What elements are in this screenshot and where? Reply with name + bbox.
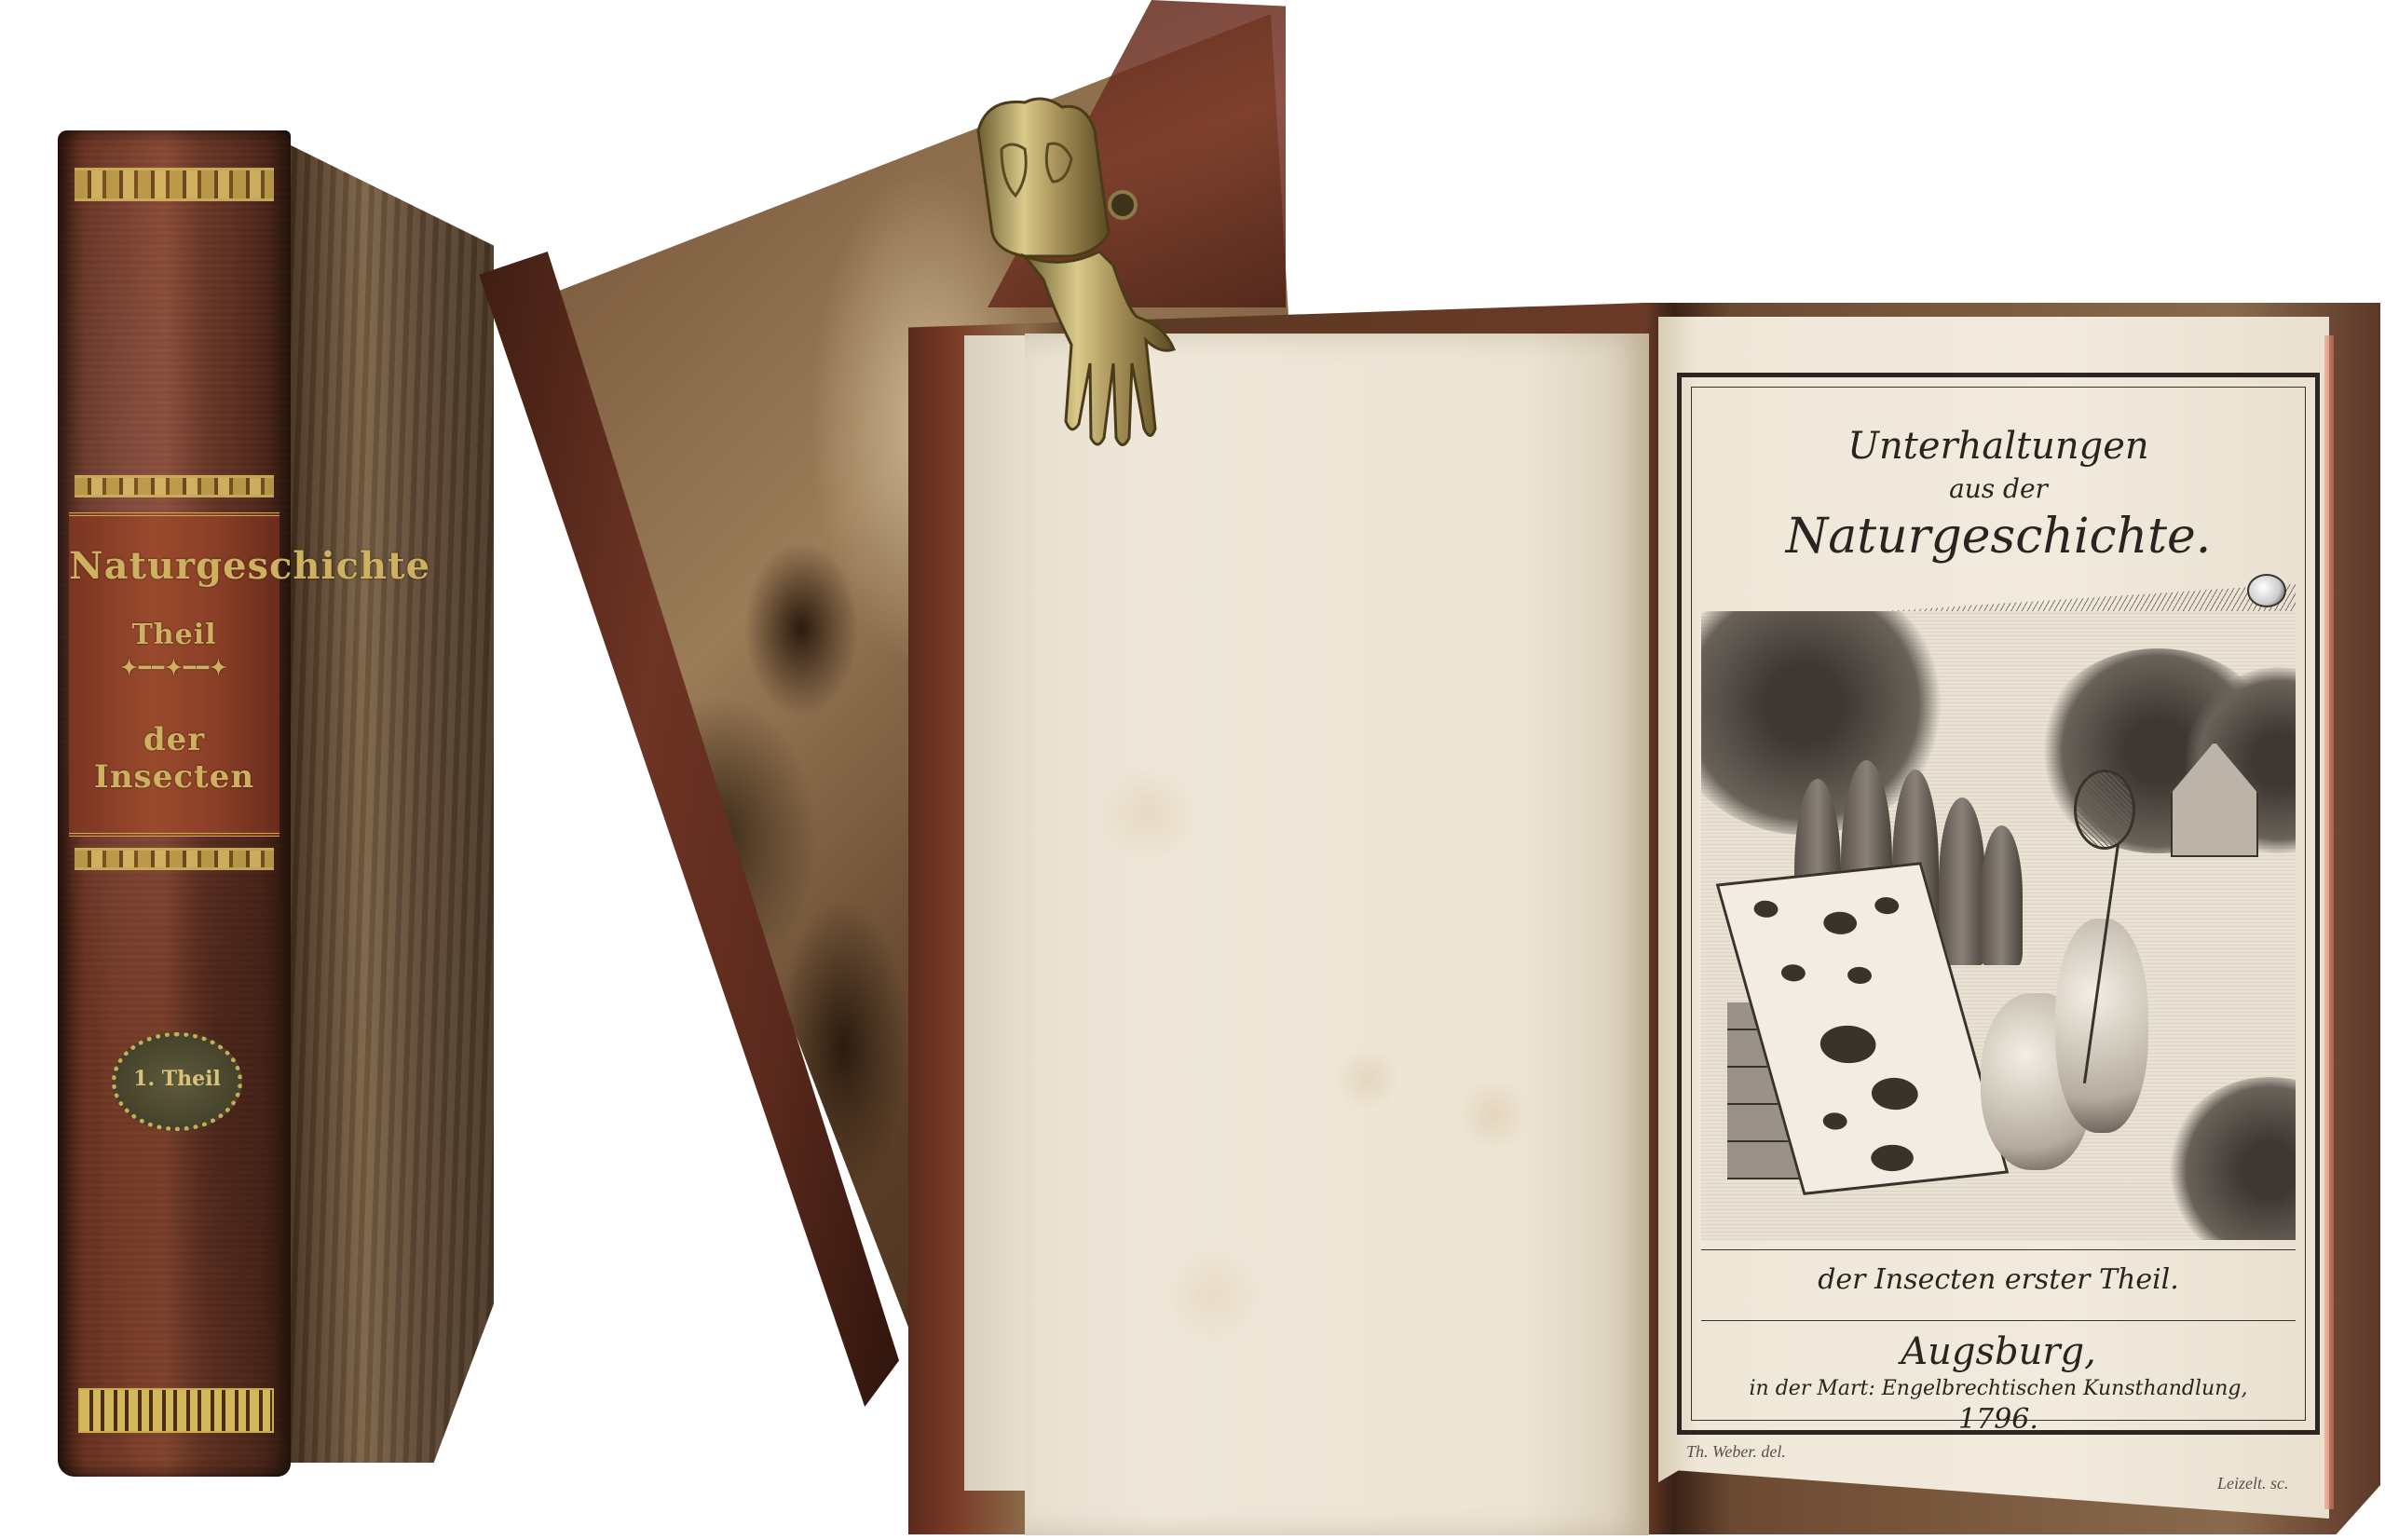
shrub — [2167, 1077, 2296, 1240]
subtitle-box: der Insecten erster Theil. — [1701, 1249, 2296, 1321]
engraving-illustration — [1701, 611, 2296, 1240]
insect — [1868, 1076, 1922, 1112]
butterfly-net — [2074, 770, 2135, 850]
hand-clip-icon — [922, 93, 1220, 466]
imprint-place: Augsburg, — [1692, 1330, 2305, 1373]
spine-title: Naturgeschichte — [69, 544, 279, 588]
credit-engraver: Leizelt. sc. — [2217, 1474, 2289, 1493]
poplar-tree — [1981, 825, 2023, 965]
scroll-end-ornament — [2247, 574, 2286, 607]
title-line-2: aus der — [1692, 473, 2305, 504]
brass-hand-page-clip — [922, 93, 1220, 466]
spine-ornament: ✦━━✦━━✦ — [69, 656, 279, 680]
spine-subject: der Insecten — [69, 721, 279, 796]
subtitle: der Insecten erster Theil. — [1701, 1263, 2296, 1296]
insect — [1868, 1143, 1917, 1174]
imprint-publisher: in der Mart: Engelbrechtischen Kunsthand… — [1692, 1377, 2305, 1400]
insect — [1820, 910, 1860, 936]
inner-frame-rule: Unterhaltungen aus der Naturgeschichte. — [1691, 387, 2306, 1421]
red-page-edge — [2324, 335, 2334, 1509]
insect — [1873, 896, 1901, 916]
gilt-band-foot — [78, 1388, 274, 1433]
insect — [1820, 1111, 1848, 1131]
gilt-band — [75, 848, 274, 870]
blank-flyleaf-page — [1025, 334, 1649, 1535]
imprint-year: 1796. — [1692, 1403, 2305, 1436]
spine-subtitle: Theil — [69, 619, 279, 651]
gilt-band-top — [75, 168, 274, 201]
volume-label: 1. Theil — [112, 1032, 242, 1131]
poplar-tree — [1939, 797, 1985, 965]
title-line-3: Naturgeschichte. — [1692, 509, 2305, 565]
insect — [1846, 966, 1874, 986]
insect — [1779, 963, 1807, 983]
left-book-board — [279, 140, 494, 1463]
spine-title-label: Naturgeschichte Theil ✦━━✦━━✦ der Insect… — [69, 512, 279, 837]
insect — [1751, 899, 1779, 919]
title-line-1: Unterhaltungen — [1692, 425, 2305, 468]
beetle — [1816, 1023, 1881, 1066]
engraved-title-frame: Unterhaltungen aus der Naturgeschichte. — [1677, 373, 2320, 1435]
credit-draughtsman: Th. Weber. del. — [1686, 1442, 1786, 1462]
gilt-band — [75, 475, 274, 497]
left-book-spine: Naturgeschichte Theil ✦━━✦━━✦ der Insect… — [58, 130, 291, 1477]
